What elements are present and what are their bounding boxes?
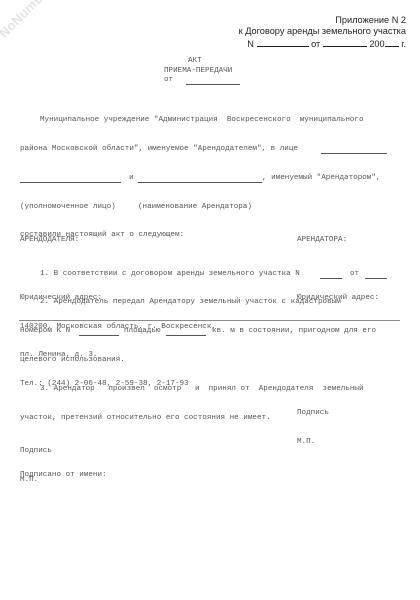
lessor-address-line1: 140200, Московская область, г. Воскресен… xyxy=(20,323,216,333)
contract-date-blank xyxy=(323,37,367,47)
title-act: АКТ xyxy=(188,57,202,67)
lessee-signature-label: Подпись xyxy=(297,409,379,419)
lessor-seal-label: М.П. xyxy=(20,476,216,486)
lessee-name-blank xyxy=(138,182,262,183)
document-page: NoNumber.ru Приложение N 2 к Договору ар… xyxy=(0,0,420,600)
caption-authorized-person: (уполномоченное лицо) xyxy=(20,203,116,213)
appendix-header: Приложение N 2 к Договору аренды земельн… xyxy=(239,15,406,50)
title-date-label: от xyxy=(164,76,173,86)
watermark: NoNumber.ru xyxy=(0,0,66,41)
lessor-signature-label: Подпись xyxy=(20,447,216,457)
contract-year-blank xyxy=(385,37,399,47)
para1-line1: Муниципальное учреждение "Администрация … xyxy=(40,116,364,126)
appendix-number-date: N от 200 г. xyxy=(239,37,406,50)
lessor-phone: Тел.: (244) 2-06-48, 2-59-38, 2-17-93 xyxy=(20,380,216,390)
lessor-address-line2: пл. Ленина, д. 3. xyxy=(20,351,216,361)
para1-line2: района Московской области", именуемое "А… xyxy=(20,145,298,155)
contract-number-blank xyxy=(257,37,309,47)
lessee-heading: АРЕНДАТОРА: xyxy=(297,236,379,246)
lessor-address-label: Юридический адрес: xyxy=(20,294,216,304)
appendix-subtitle: к Договору аренды земельного участка xyxy=(239,26,406,37)
lessee-address-label: Юридический адрес: xyxy=(297,294,379,304)
representative-blank xyxy=(321,153,387,154)
lessor-heading: АРЕНДОДАТЕЛЯ: xyxy=(20,236,216,246)
lessor-block: АРЕНДОДАТЕЛЯ: Юридический адрес: 140200,… xyxy=(20,217,216,505)
title-transfer: ПРИЕМА-ПЕРЕДАЧИ xyxy=(164,67,232,77)
title-date-blank xyxy=(186,84,240,85)
lessee-block: АРЕНДАТОРА: Юридический адрес: Подпись М… xyxy=(297,217,379,466)
appendix-title: Приложение N 2 xyxy=(239,15,406,26)
authorized-person-blank xyxy=(20,182,121,183)
caption-lessee-name: (наименование Арендатора) xyxy=(138,203,252,213)
bottom-divider xyxy=(19,320,400,321)
lessee-seal-label: М.П. xyxy=(297,438,379,448)
